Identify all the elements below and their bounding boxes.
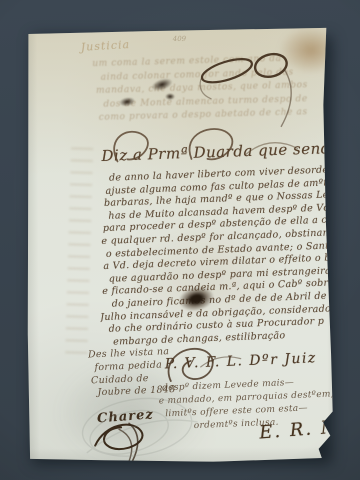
photo-vignette (0, 0, 360, 480)
photo-of-manuscript: 409 Justicia um coma la serem estole com… (0, 0, 360, 480)
